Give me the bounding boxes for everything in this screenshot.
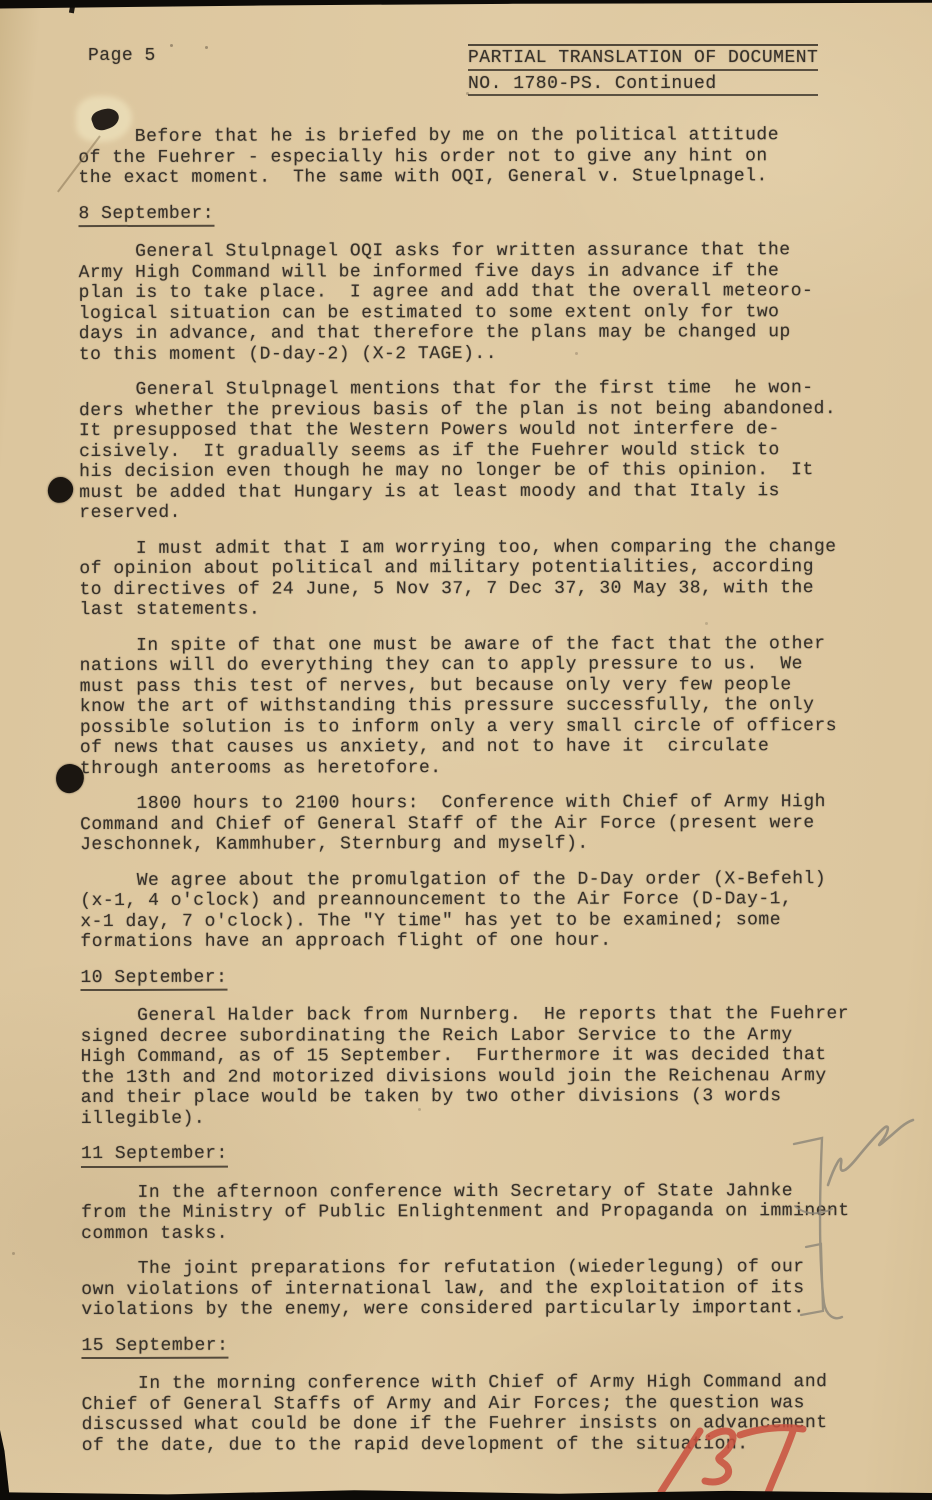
paragraph-intro: Before that he is briefed by me on the p…	[78, 125, 890, 189]
scanned-document-page: Page 5 PARTIAL TRANSLATION OF DOCUMENT N…	[0, 0, 932, 1500]
date-heading-11-september: 11 September:	[81, 1144, 228, 1168]
punch-hole-top	[46, 475, 76, 506]
paragraph-sep11-2: The joint preparations for refutation (w…	[81, 1257, 893, 1321]
date-heading-8-september: 8 September:	[78, 203, 214, 227]
document-reference-header: PARTIAL TRANSLATION OF DOCUMENT NO. 1780…	[468, 44, 818, 96]
paper-speck	[170, 44, 173, 47]
document-body: Before that he is briefed by me on the p…	[78, 125, 894, 1471]
document-reference-title: PARTIAL TRANSLATION OF DOCUMENT	[468, 44, 818, 71]
paragraph-sep8-2: General Stulpnagel mentions that for the…	[79, 378, 891, 524]
paragraph-sep8-5: 1800 hours to 2100 hours: Conference wit…	[80, 792, 892, 856]
date-heading-15-september: 15 September:	[81, 1335, 228, 1359]
red-page-number-annotation: 137	[645, 1422, 830, 1500]
scan-edge-top	[0, 0, 932, 10]
red-handwritten-137-icon	[645, 1422, 830, 1500]
paragraph-sep11-1: In the afternoon conference with Secreta…	[81, 1180, 893, 1244]
paper-speck	[205, 46, 208, 49]
pencil-margin-annotation: read	[780, 1105, 930, 1340]
paper-speck	[575, 352, 578, 355]
paper-speck	[12, 1252, 15, 1255]
paragraph-sep8-1: General Stulpnagel OQI asks for written …	[79, 240, 891, 365]
page-number-label: Page 5	[88, 46, 156, 67]
paragraph-sep8-6: We agree about the promulgation of the D…	[80, 868, 892, 952]
document-reference-number: NO. 1780-PS. Continued	[468, 71, 818, 97]
pencil-scribble-icon	[780, 1105, 930, 1340]
paper-speck	[705, 622, 708, 625]
paper-speck	[466, 92, 469, 95]
paragraph-sep8-3: I must admit that I am worrying too, whe…	[79, 536, 891, 620]
date-heading-10-september: 10 September:	[80, 967, 227, 991]
paper-speck	[418, 1108, 421, 1111]
paragraph-sep8-4: In spite of that one must be aware of th…	[80, 633, 892, 779]
scan-edge-bottom-left	[0, 1430, 10, 1500]
paragraph-sep10-1: General Halder back from Nurnberg. He re…	[81, 1004, 893, 1129]
